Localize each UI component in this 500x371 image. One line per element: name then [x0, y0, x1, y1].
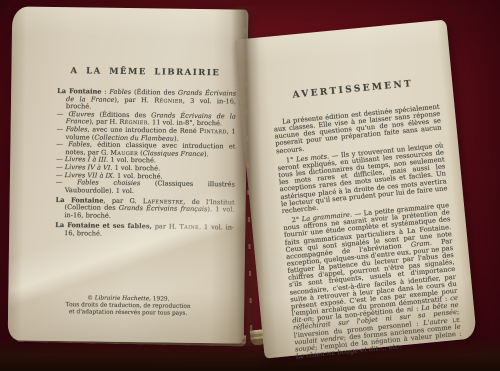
left-page-heading: A LA MÊME LIBRAIRIE: [57, 65, 233, 77]
text-segment: etc.: [386, 342, 401, 351]
paragraph: 2° La grammaire. — La petite grammaire q…: [282, 202, 462, 360]
book-entry: La Fontaine, par G. Lafenestre, de l'Ins…: [55, 197, 234, 222]
text-segment: , 1929.: [149, 297, 169, 303]
text-segment: Grands Écrivains français: [119, 204, 208, 213]
text-segment: Pintard: [199, 127, 226, 135]
text-segment: Librairie Hachette: [95, 296, 149, 303]
book-entry: La Fontaine et ses fables, par H. Taine.…: [55, 222, 234, 240]
text-segment: et d'adaptation réservés pour tous pays.: [69, 309, 187, 317]
left-page: A LA MÊME LIBRAIRIE La Fontaine : Fables…: [8, 6, 249, 343]
text-segment: Régnier: [154, 96, 183, 104]
text-segment: par H.: [152, 222, 180, 230]
text-segment: ).: [204, 150, 209, 158]
text-segment: ), par H.: [114, 95, 154, 104]
text-segment: —: [57, 125, 66, 133]
avertissement-text: La présente édition est destinée spécial…: [273, 104, 462, 361]
copyright-notice: © Librairie Hachette, 1929.Tous droits d…: [42, 295, 214, 318]
book-photo: A LA MÊME LIBRAIRIE La Fontaine : Fables…: [0, 0, 500, 371]
book-entry: — Fables choisies (Classiques illustrés …: [56, 179, 235, 197]
right-page: AVERTISSEMENT La présente édition est de…: [234, 20, 477, 359]
right-page-heading: AVERTISSEMENT: [269, 77, 436, 103]
text-segment: Taine: [179, 223, 199, 231]
book-catalog-list: La Fontaine : Fables (Édition des Grands…: [55, 88, 236, 240]
